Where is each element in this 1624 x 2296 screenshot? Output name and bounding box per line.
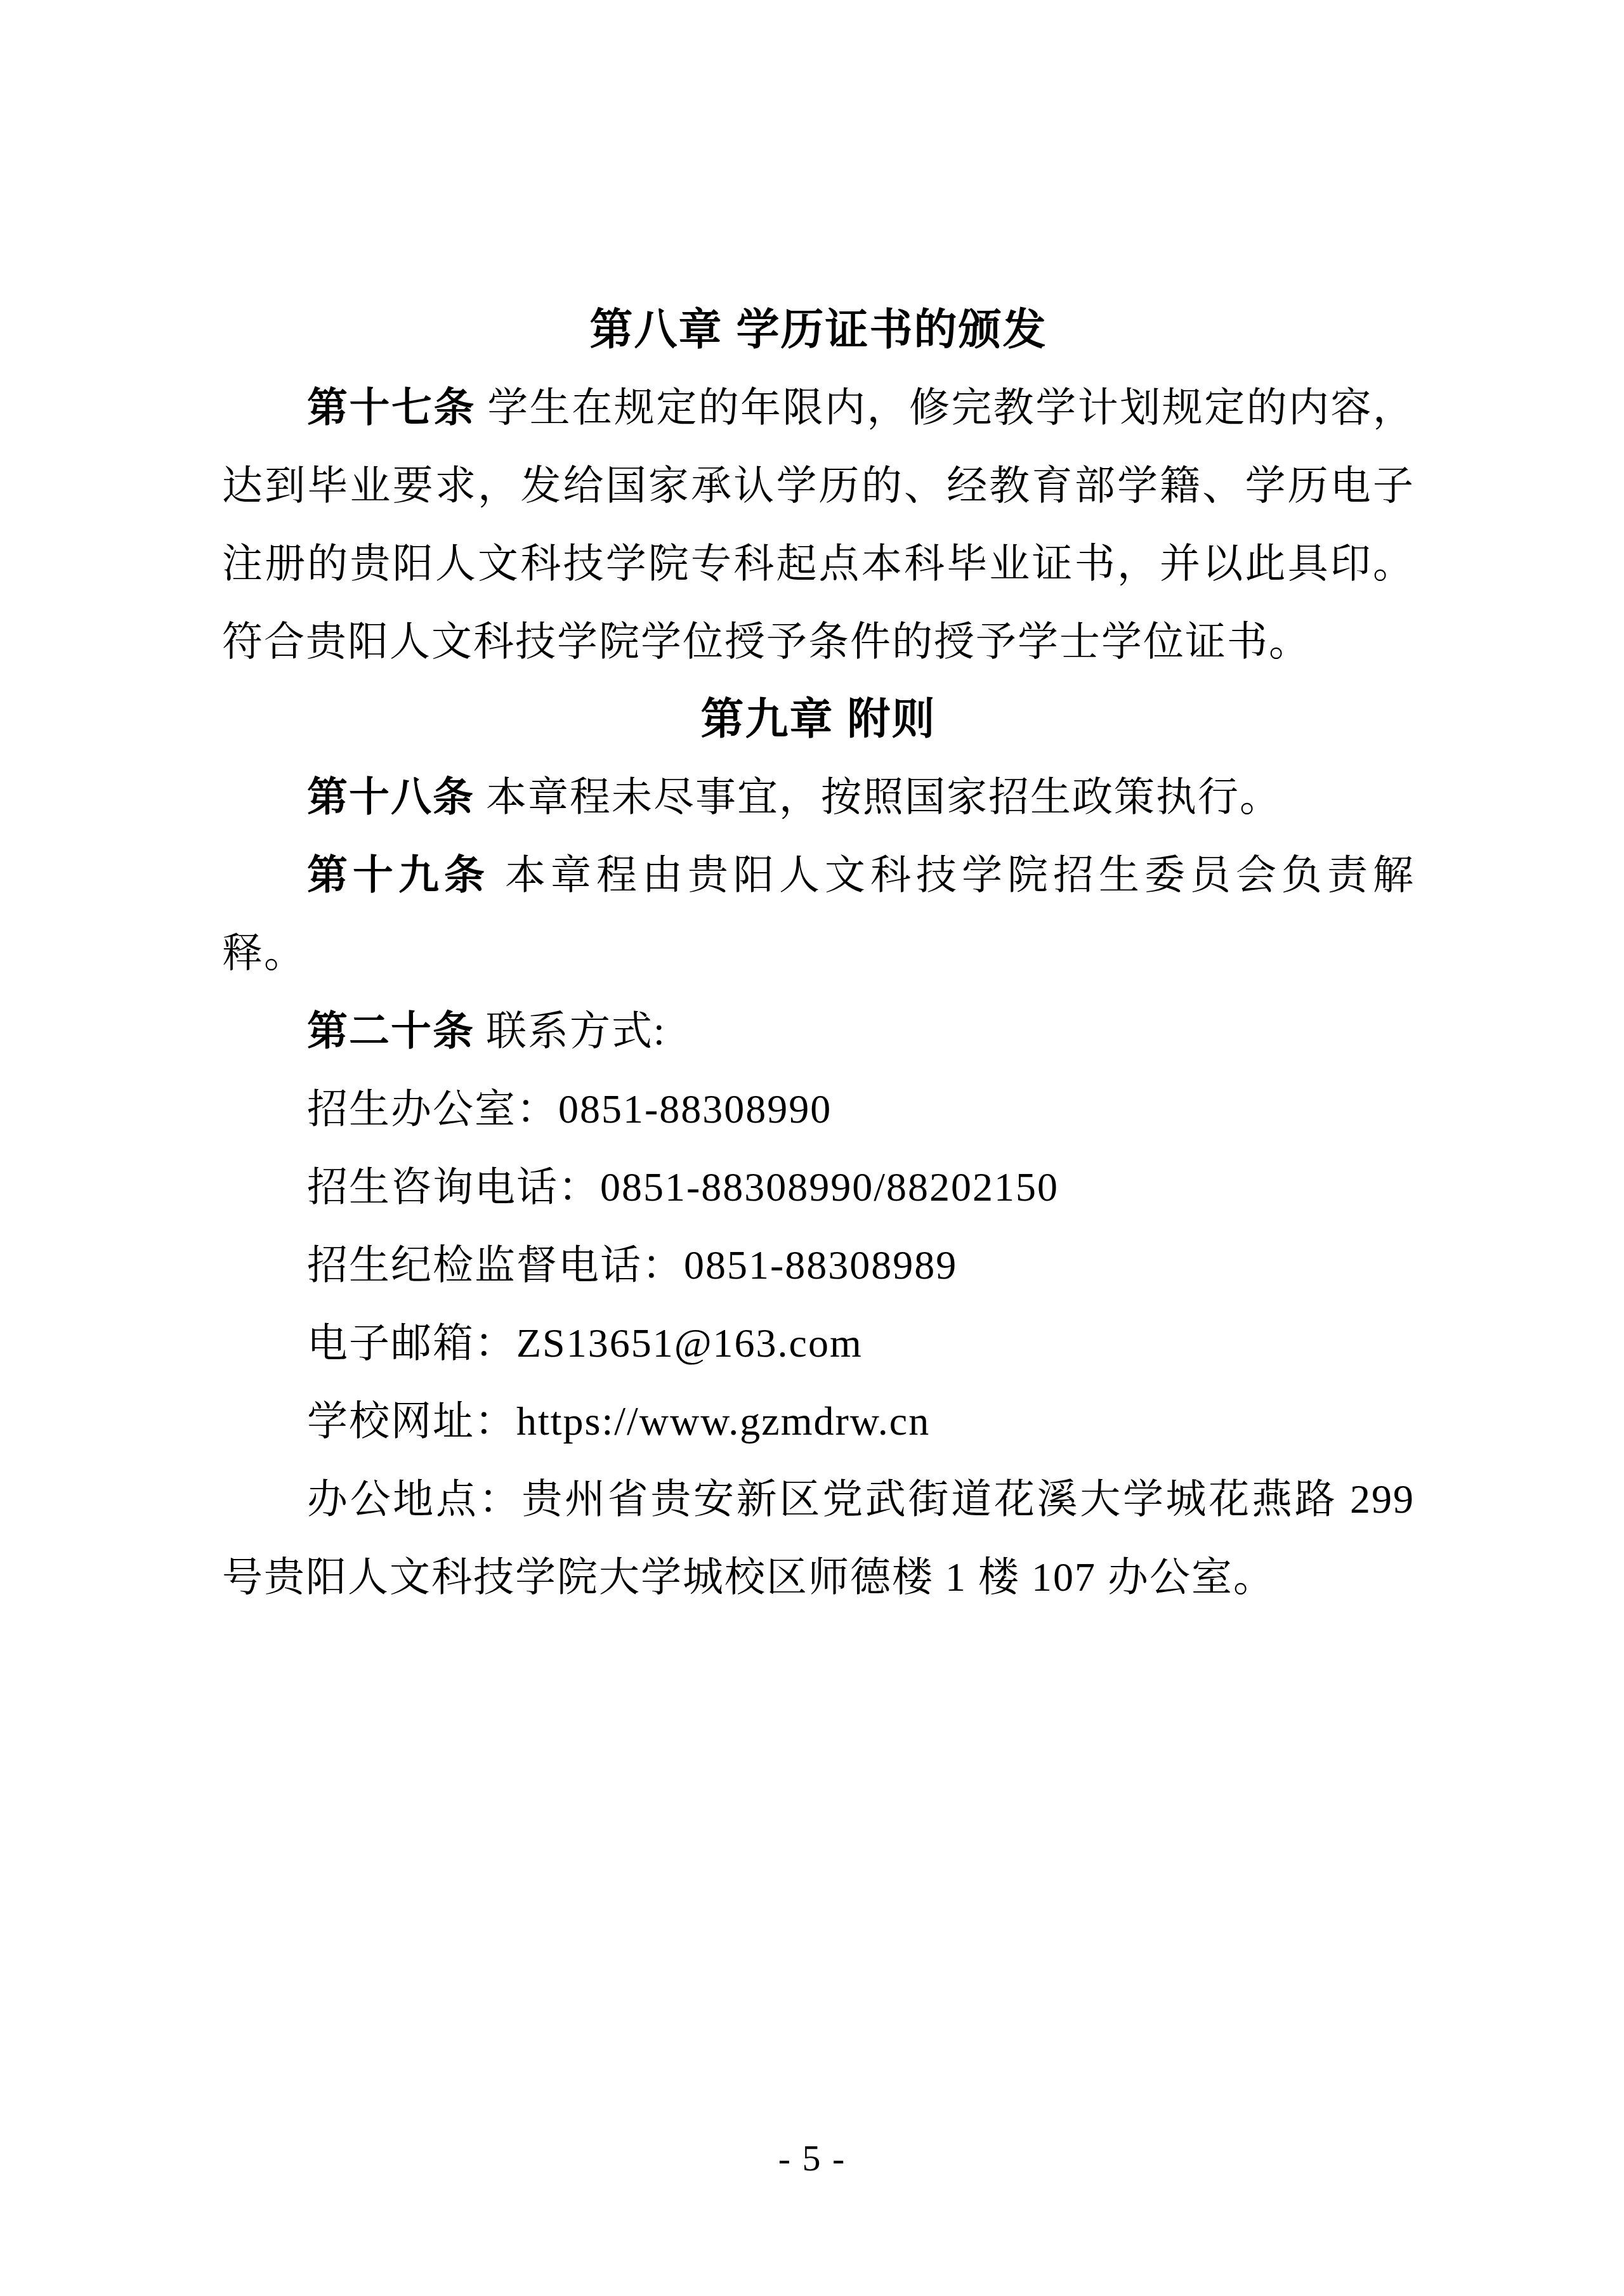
text-line-supervision-phone: 招生纪检监督电话：0851-88308989 [222, 1226, 1415, 1304]
page-number: - 5 - [0, 2136, 1624, 2181]
document-page: 第八章 学历证书的颁发 第十七条 学生在规定的年限内，修完教学计划规定的内容， … [0, 0, 1624, 2296]
document-body: 第八章 学历证书的颁发 第十七条 学生在规定的年限内，修完教学计划规定的内容， … [222, 291, 1415, 1616]
text-line-address-1: 办公地点：贵州省贵安新区党武街道花溪大学城花燕路 299 [222, 1460, 1415, 1538]
text-line-admissions-office-phone: 招生办公室：0851-88308990 [222, 1070, 1415, 1148]
text-line: 释。 [222, 914, 1415, 992]
text-line-email: 电子邮箱：ZS13651@163.com [222, 1304, 1415, 1382]
text-line-article-18: 第十八条 本章程未尽事宜，按照国家招生政策执行。 [222, 758, 1415, 836]
text-line: 达到毕业要求，发给国家承认学历的、经教育部学籍、学历电子 [222, 447, 1415, 525]
text-line: 符合贵阳人文科技学院学位授予条件的授予学士学位证书。 [222, 603, 1415, 681]
text-line: 注册的贵阳人文科技学院专科起点本科毕业证书，并以此具印。 [222, 525, 1415, 603]
heading-chapter-8: 第八章 学历证书的颁发 [222, 291, 1415, 369]
text-line-article-20: 第二十条 联系方式: [222, 992, 1415, 1070]
text-line-article-17: 第十七条 学生在规定的年限内，修完教学计划规定的内容， [222, 369, 1415, 447]
text-line-article-19: 第十九条 本章程由贵阳人文科技学院招生委员会负责解 [222, 836, 1415, 914]
text-line-consult-phone: 招生咨询电话：0851-88308990/88202150 [222, 1148, 1415, 1226]
heading-chapter-9: 第九章 附则 [222, 681, 1415, 758]
text-line-website: 学校网址：https://www.gzmdrw.cn [222, 1382, 1415, 1460]
text-line-address-2: 号贵阳人文科技学院大学城校区师德楼 1 楼 107 办公室。 [222, 1538, 1415, 1616]
